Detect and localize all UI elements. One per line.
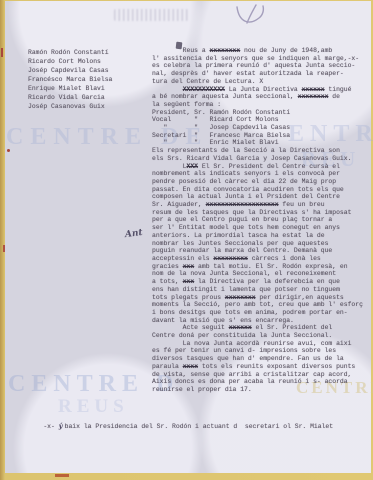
struck-correction: xxxxxx bbox=[302, 86, 325, 93]
typed-line: tura del Centre de Lectura. X bbox=[152, 78, 372, 86]
handwritten-correction-mark bbox=[176, 42, 183, 50]
struck-correction: XXXXXXXXXXX bbox=[183, 86, 225, 93]
typed-line: a bé nombrar aquesta Junta seccional, xx… bbox=[152, 93, 372, 101]
struck-correction: xxx bbox=[183, 263, 195, 270]
footnote-marker: -x- bbox=[43, 423, 58, 430]
typed-line: Reus a xxxxxxxx nou de Juny de 1948,amb bbox=[152, 47, 372, 55]
typed-line: els Srs. Ricard Vidal Garcia y Josep Cas… bbox=[152, 155, 372, 163]
typed-line: Vocal " Ricard Cort Molons bbox=[152, 116, 372, 124]
typed-line: Sr. Aiguader, xxxxxxxxxxxxxxxxxxx feu un… bbox=[152, 201, 372, 209]
typed-line: nom de la nova Junta Seccional, el recon… bbox=[152, 270, 372, 278]
typed-line: anteriors. La primordial tasca ha estat … bbox=[152, 232, 372, 240]
margin-attendee-names: Ramón Rodón ConstantíRicardo Cort Molons… bbox=[28, 48, 112, 111]
typed-line: es celebra la primera reunió d' aquesta … bbox=[152, 62, 372, 70]
typed-line: Acte seguit xxxxxx el Sr. President del bbox=[152, 324, 372, 332]
typed-line: Josép Casanovas Guix bbox=[28, 102, 112, 111]
struck-correction: xxxxxxxx bbox=[298, 93, 329, 100]
typed-line: nombrement als indicats senyors i els co… bbox=[152, 170, 372, 178]
scanned-document-page: CENTRE DE ENTRE D REU CENTRE D REUS CENT… bbox=[0, 0, 373, 480]
typed-line: moments la Secció, pero amb tot, creu qu… bbox=[152, 301, 372, 309]
typed-line: Josép Capdevila Casas bbox=[28, 66, 112, 75]
typed-line: puguin reanudar la marxa del Centre. Dem… bbox=[152, 247, 372, 255]
typed-line: acceptessin els xxxxxxxxx càrrecs i donà… bbox=[152, 255, 372, 263]
struck-correction: xxxxxxxxx bbox=[213, 255, 248, 262]
handwritten-anteriors-correction: Ant bbox=[124, 228, 143, 240]
red-ink-speck bbox=[1, 48, 3, 57]
typed-line: Els representants de la Secció a la Dire… bbox=[152, 147, 372, 155]
typed-line: Ramón Rodón Constantí bbox=[28, 48, 112, 57]
struck-correction: xxxxxx bbox=[229, 324, 252, 331]
typed-line: i bons desitgs que tots em anima, podrem… bbox=[152, 309, 372, 317]
footnote-text: baix la Presidencia del Sr. Rodón i actu… bbox=[65, 423, 333, 430]
struck-correction: xxxxxxxx bbox=[210, 47, 241, 54]
typed-line: reunirse el proper dia 17. bbox=[152, 386, 372, 394]
typed-line: a tots, xxx la Directiva per la deferebc… bbox=[152, 278, 372, 286]
struck-correction: XXX bbox=[187, 163, 199, 170]
typed-line: pendre posesió del càrrec el dia 22 de M… bbox=[152, 178, 372, 186]
illegible-stamp bbox=[114, 9, 188, 21]
typed-line: diversos tasques que han d' empendre. Fa… bbox=[152, 355, 372, 363]
typed-line: Enrique Mialet Blavi bbox=[28, 84, 112, 93]
typed-line: Ricardo Cort Molons bbox=[28, 57, 112, 66]
typed-line: " " Josep Capdevila Casas bbox=[152, 124, 372, 132]
red-ink-speck bbox=[55, 474, 69, 477]
footnote-line: -x- ý baix la Presidencia del Sr. Rodón … bbox=[28, 415, 333, 438]
struck-correction: xxx bbox=[183, 278, 195, 285]
typed-line: ens han distingit i lamenta que potser n… bbox=[152, 286, 372, 294]
typed-line: Ricardo Vidal Garcia bbox=[28, 93, 112, 102]
struck-correction: xxxxxxxxxxxxxxxxxxx bbox=[206, 201, 279, 208]
red-ink-speck bbox=[3, 245, 5, 252]
typed-line: paraula xxxx tots els reunits exposant d… bbox=[152, 363, 372, 371]
typed-line: nal, desprès d' haver estat autoritzada … bbox=[152, 70, 372, 78]
typed-line: Francésco Marca Bielsa bbox=[28, 75, 112, 84]
typed-line: composen la actual Junta i el Prsident d… bbox=[152, 193, 372, 201]
struck-correction: xxxx bbox=[183, 363, 198, 370]
typed-line: es fé per tenir un canvi d- impresions s… bbox=[152, 347, 372, 355]
red-ink-speck bbox=[7, 149, 10, 152]
typed-line: Centre doná per constituida la Junta Sec… bbox=[152, 332, 372, 340]
typed-line: ser l' Entitat model que tots hem conegu… bbox=[152, 224, 372, 232]
struck-correction: xxxxxxxx bbox=[225, 294, 256, 301]
handwritten-check-mark-icon bbox=[234, 2, 268, 30]
typed-line: Aixis doncs es dona per acaba la reunió … bbox=[152, 378, 372, 386]
minutes-body-text: Reus a xxxxxxxx nou de Juny de 1948,ambl… bbox=[152, 47, 372, 394]
typed-line: " " Enric Mialet Blavi bbox=[152, 139, 372, 147]
typed-line: la següent forma : bbox=[152, 101, 372, 109]
